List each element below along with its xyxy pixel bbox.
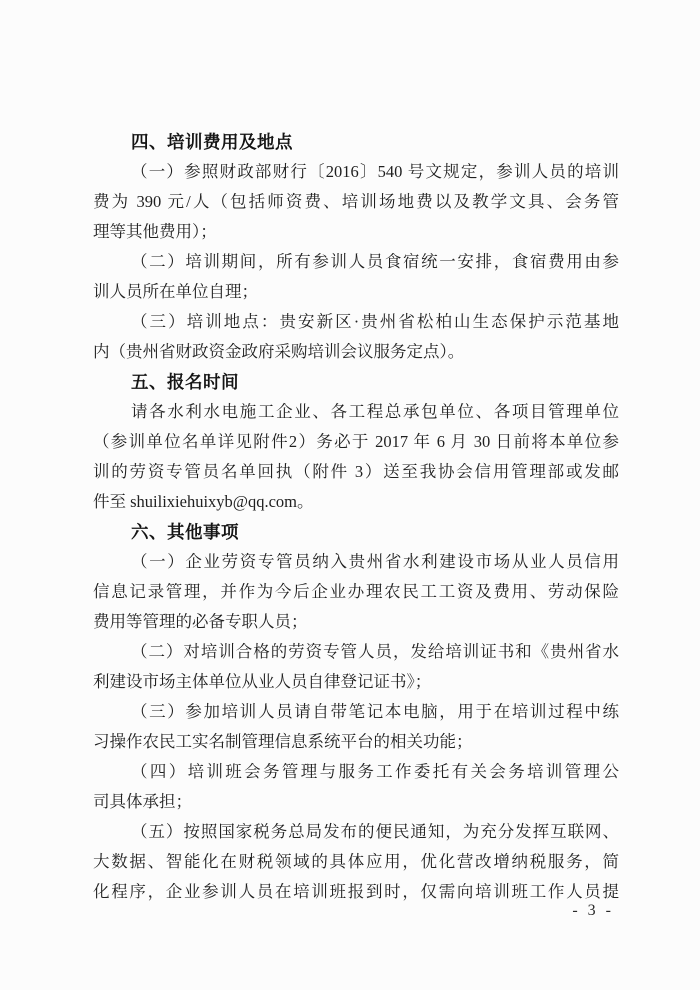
document-line: 化程序，企业参训人员在培训班报到时，仅需向培训班工作人员提: [93, 877, 619, 907]
document-line: 习操作农民工实名制管理信息系统平台的相关功能；: [93, 727, 619, 757]
document-line: 训的劳资专管员名单回执（附件 3）送至我协会信用管理部或发邮: [93, 457, 619, 487]
document-line: （三）参加培训人员请自带笔记本电脑，用于在培训过程中练: [93, 697, 619, 727]
document-line: 请各水利水电施工企业、各工程总承包单位、各项目管理单位: [93, 397, 619, 427]
document-line: 司具体承担；: [93, 787, 619, 817]
document-line: （四）培训班会务管理与服务工作委托有关会务培训管理公: [93, 757, 619, 787]
document-line: （一）参照财政部财行〔2016〕540 号文规定，参训人员的培训: [93, 157, 619, 187]
section-heading: 四、培训费用及地点: [93, 127, 619, 157]
document-line: 信息记录管理，并作为今后企业办理农民工工资及费用、劳动保险: [93, 577, 619, 607]
document-line: （五）按照国家税务总局发布的便民通知，为充分发挥互联网、: [93, 817, 619, 847]
section-heading: 六、其他事项: [93, 517, 619, 547]
document-line: （二）对培训合格的劳资专管人员，发给培训证书和《贵州省水: [93, 637, 619, 667]
document-line: 训人员所在单位自理；: [93, 277, 619, 307]
document-line: （二）培训期间，所有参训人员食宿统一安排，食宿费用由参: [93, 247, 619, 277]
document-line: 费为 390 元/人（包括师资费、培训场地费以及教学文具、会务管: [93, 187, 619, 217]
page-number: - 3 -: [572, 902, 614, 920]
document-line: 理等其他费用）；: [93, 217, 619, 247]
document-line: （三）培训地点：贵安新区·贵州省松柏山生态保护示范基地: [93, 307, 619, 337]
document-content: 四、培训费用及地点（一）参照财政部财行〔2016〕540 号文规定，参训人员的培…: [93, 127, 619, 907]
document-line: 件至 shuilixiehuixyb@qq.com。: [93, 487, 619, 517]
document-line: 利建设市场主体单位从业人员自律登记证书》；: [93, 667, 619, 697]
document-line: 费用等管理的必备专职人员；: [93, 607, 619, 637]
document-page: 四、培训费用及地点（一）参照财政部财行〔2016〕540 号文规定，参训人员的培…: [0, 0, 700, 990]
document-line: 大数据、智能化在财税领域的具体应用，优化营改增纳税服务，简: [93, 847, 619, 877]
document-line: 内（贵州省财政资金政府采购培训会议服务定点）。: [93, 337, 619, 367]
document-line: （一）企业劳资专管员纳入贵州省水利建设市场从业人员信用: [93, 547, 619, 577]
section-heading: 五、报名时间: [93, 367, 619, 397]
document-line: （参训单位名单详见附件2）务必于 2017 年 6 月 30 日前将本单位参: [93, 427, 619, 457]
